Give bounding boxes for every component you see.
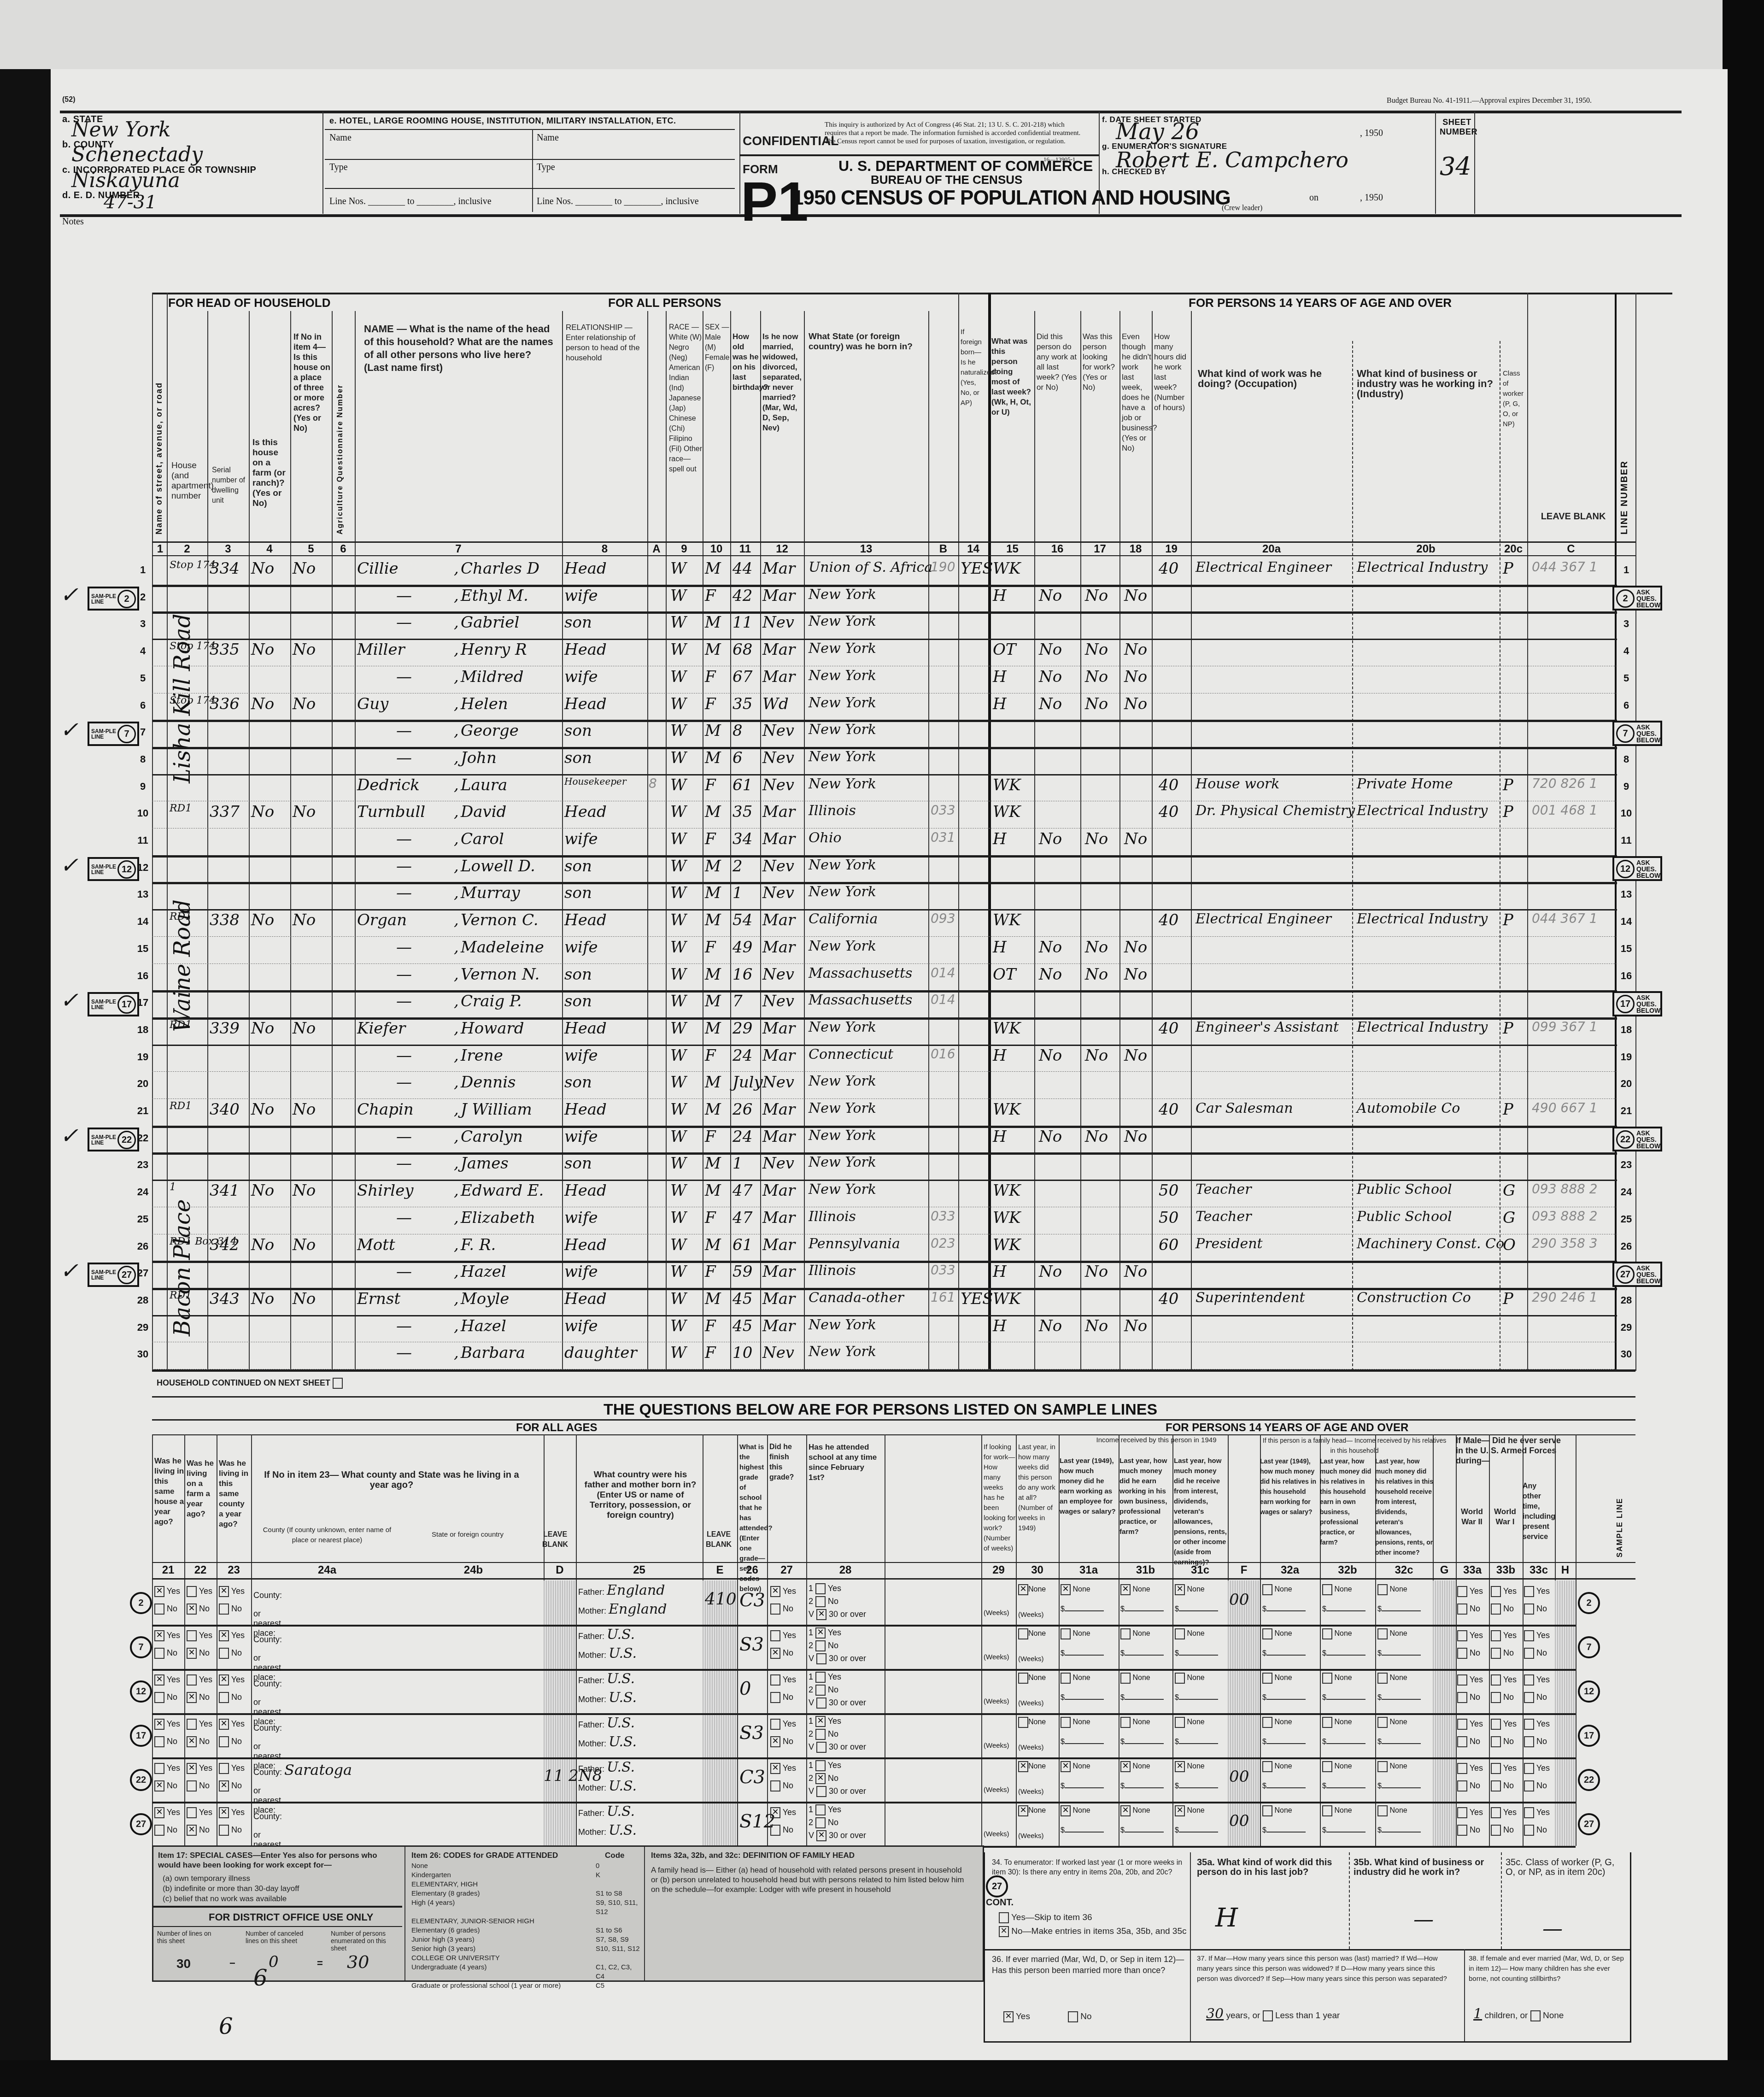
q33a-ww2[interactable]: Yes No: [1457, 1763, 1483, 1792]
cell-birth: Ohio: [809, 830, 842, 851]
q28-school-attendance[interactable]: 1 ✕ Yes2 NoV 30 or over: [809, 1627, 866, 1664]
sample-colnum-27: 27: [767, 1564, 806, 1577]
cell-c15: WK: [993, 1209, 1020, 1230]
no-checkbox[interactable]: [770, 1692, 780, 1703]
cell-rel: son: [564, 613, 592, 634]
yes-checkbox[interactable]: [187, 1674, 197, 1686]
cell-acres: No: [293, 1100, 316, 1122]
sample-line-number-left: 12: [130, 1680, 152, 1703]
q36-text: 36. If ever married (Mar, Wd, D, or Sep …: [992, 1954, 1185, 1976]
q29-weeks[interactable]: (Weeks): [984, 1653, 1009, 1661]
line-number-left: 20: [134, 1078, 152, 1090]
yes-checkbox[interactable]: [187, 1586, 197, 1597]
q31c-income[interactable]: ✕ None$: [1175, 1584, 1218, 1614]
yes-checkbox[interactable]: [1524, 1586, 1534, 1597]
q32a-income[interactable]: None$: [1262, 1584, 1306, 1614]
sample-colnum-33c: 33c: [1523, 1564, 1555, 1577]
cell-c15: WK: [993, 559, 1020, 581]
no-checkbox[interactable]: [1457, 1736, 1467, 1747]
q32a-income[interactable]: None$: [1262, 1717, 1306, 1746]
q27-finished[interactable]: ✕ Yes No: [770, 1763, 796, 1792]
cell-c16: No: [1039, 1263, 1062, 1284]
q31c-income[interactable]: None$: [1175, 1628, 1218, 1658]
cell-race: W: [670, 1263, 686, 1284]
line-number-left: 6: [134, 699, 152, 711]
cell-birth: New York: [809, 1181, 876, 1203]
no-checkbox[interactable]: [1524, 1736, 1534, 1747]
sample-line-tag: SAM-PLELINE17: [88, 992, 139, 1016]
no-checkbox[interactable]: [1491, 1604, 1501, 1615]
sample-colnum-24b: 24b: [403, 1564, 544, 1577]
colnum-11: 11: [730, 543, 760, 556]
q36-yes-option[interactable]: ✕ Yes: [1003, 2011, 1030, 2022]
cell-code: 720 826 1: [1532, 776, 1598, 797]
q33b-ww1[interactable]: Yes No: [1491, 1763, 1517, 1792]
sample-colnum-25: 25: [576, 1564, 703, 1577]
cell-first: Charles D: [461, 559, 539, 581]
cell-last: —: [396, 1344, 412, 1365]
cell-race: W: [670, 857, 686, 878]
q22-answer[interactable]: Yes✕ No: [187, 1630, 212, 1659]
yes-checkbox[interactable]: [1457, 1674, 1467, 1686]
cell-mar: Nev: [762, 613, 794, 634]
q37-answer: 30: [1206, 2006, 1224, 2022]
no-checkbox[interactable]: [219, 1736, 229, 1747]
q27-finished[interactable]: Yes✕ No: [770, 1630, 796, 1659]
q31b-income[interactable]: ✕ None$: [1120, 1584, 1164, 1614]
sample-colnum-32c: 32c: [1375, 1564, 1433, 1577]
yes-checkbox[interactable]: ✕: [770, 1586, 780, 1597]
no-checkbox[interactable]: ✕: [187, 1604, 197, 1615]
line-number-left: 23: [134, 1159, 152, 1171]
yes-checkbox[interactable]: ✕: [770, 1807, 780, 1818]
no-checkbox[interactable]: [219, 1648, 229, 1659]
cell-last: Shirley: [357, 1181, 414, 1203]
inst-line-nos-1: Line Nos. ________ to ________, inclusiv…: [329, 196, 492, 207]
q31a-income[interactable]: None$: [1061, 1628, 1104, 1658]
q33c-other[interactable]: Yes No: [1524, 1586, 1550, 1615]
cell-serial: 343: [210, 1290, 240, 1311]
colnum-7: 7: [355, 543, 562, 556]
cell-rel: son: [564, 749, 592, 770]
q25-parents-birthplace[interactable]: Father: U.S.Mother: U.S.: [578, 1671, 700, 1706]
yes-checkbox[interactable]: [1491, 1586, 1501, 1597]
yes-checkbox[interactable]: ✕: [219, 1719, 229, 1730]
no-checkbox[interactable]: ✕: [770, 1736, 780, 1747]
cell-cls: P: [1503, 803, 1513, 824]
q32b-income[interactable]: None$: [1322, 1628, 1365, 1658]
yes-checkbox[interactable]: ✕: [154, 1586, 164, 1597]
q33a-ww2[interactable]: Yes No: [1457, 1630, 1483, 1659]
q32c-income[interactable]: None$: [1377, 1761, 1421, 1791]
table-row: 1313—MurraysonWM1NevNew York,: [0, 882, 1764, 906]
q31b-income[interactable]: None$: [1120, 1717, 1164, 1746]
no-checkbox[interactable]: [1524, 1692, 1534, 1703]
q32b-income[interactable]: None$: [1322, 1584, 1365, 1614]
q34-no-option[interactable]: ✕ No—Make entries in items 35a, 35b, and…: [999, 1926, 1187, 1937]
q31c-income[interactable]: ✕ None$: [1175, 1805, 1218, 1835]
yes-checkbox[interactable]: [154, 1763, 164, 1774]
q30-weeks-worked[interactable]: ✕None(Weeks): [1018, 1584, 1046, 1619]
q28-school-attendance[interactable]: 1 Yes2 NoV 30 or over: [809, 1672, 866, 1709]
no-checkbox[interactable]: [1457, 1825, 1467, 1836]
q33b-ww1[interactable]: Yes No: [1491, 1674, 1517, 1703]
q31a-income[interactable]: None$: [1061, 1673, 1104, 1702]
household-continued-checkbox[interactable]: [333, 1378, 343, 1389]
yes-checkbox[interactable]: ✕: [770, 1763, 780, 1774]
yes-checkbox[interactable]: ✕: [187, 1763, 197, 1774]
no-checkbox[interactable]: ✕: [219, 1780, 229, 1792]
head-of-household-header: FOR HEAD OF HOUSEHOLD: [168, 296, 330, 310]
cell-serial: 334: [210, 559, 240, 581]
cell-rel: son: [564, 1073, 592, 1094]
yes-checkbox[interactable]: [1457, 1807, 1467, 1818]
q28-school-attendance[interactable]: 1 Yes2 ✕ NoV 30 or over: [809, 1760, 866, 1797]
q29-weeks[interactable]: (Weeks): [984, 1698, 1009, 1705]
grade-code-value: S9, S10, S11, S12: [596, 1898, 642, 1917]
grade-code-row: Elementary (6 grades)S1 to S6: [411, 1926, 642, 1935]
q37-less-than-1-checkbox[interactable]: [1263, 2010, 1273, 2021]
cell-first: Howard: [461, 1019, 524, 1040]
sample-line-number: 12: [117, 860, 136, 879]
no-checkbox[interactable]: [1524, 1648, 1534, 1659]
cell-mar: Mar: [762, 803, 795, 824]
sample-colnum-23: 23: [217, 1564, 251, 1577]
q31a-income[interactable]: ✕ None$: [1061, 1805, 1104, 1835]
line-number-header-right: LINE NUMBER: [1619, 460, 1630, 535]
yes-checkbox[interactable]: [770, 1674, 780, 1686]
no-checkbox[interactable]: [1524, 1604, 1534, 1615]
no-checkbox[interactable]: ✕: [770, 1648, 780, 1659]
q31c-income[interactable]: None$: [1175, 1673, 1218, 1702]
no-checkbox[interactable]: [1491, 1648, 1501, 1659]
no-checkbox[interactable]: ✕: [187, 1692, 197, 1703]
col-f-code: 00: [1229, 1768, 1249, 1786]
cell-c17: No: [1085, 965, 1108, 987]
institution-block: e. HOTEL, LARGE ROOMING HOUSE, INSTITUTI…: [325, 115, 739, 212]
no-checkbox[interactable]: [770, 1825, 780, 1836]
ask-questions-below-tag: 22ASKQUES.BELOW: [1612, 1127, 1662, 1152]
q22-answer[interactable]: Yes✕ No: [187, 1807, 212, 1836]
cell-birth: New York: [809, 1154, 876, 1175]
line-number-left: 30: [134, 1348, 152, 1360]
q30-weeks-worked[interactable]: ✕None(Weeks): [1018, 1805, 1046, 1840]
table-row: 2525—ElizabethwifeWF47MarIllinois033WK50…: [0, 1207, 1764, 1231]
q33b-ww1[interactable]: Yes No: [1491, 1807, 1517, 1836]
q33c-other[interactable]: Yes No: [1524, 1763, 1550, 1792]
no-checkbox[interactable]: [219, 1604, 229, 1615]
q32a-income[interactable]: None$: [1262, 1628, 1306, 1658]
yes-checkbox[interactable]: ✕: [154, 1630, 164, 1641]
q31b-income[interactable]: ✕ None$: [1120, 1805, 1164, 1835]
checkmark-icon: ✓: [60, 1123, 78, 1149]
line-number-left: 5: [134, 672, 152, 684]
no-checkbox[interactable]: [1457, 1692, 1467, 1703]
q32a-income[interactable]: None$: [1262, 1761, 1306, 1791]
q32b-income[interactable]: None$: [1322, 1761, 1365, 1791]
state-value: New York: [71, 118, 171, 141]
cell-last: —: [396, 749, 412, 770]
yes-checkbox[interactable]: [187, 1807, 197, 1818]
q21-answer[interactable]: Yes✕ No: [154, 1763, 180, 1792]
q21-answer[interactable]: ✕ Yes No: [154, 1719, 180, 1747]
name-separator: ,: [454, 938, 459, 959]
q32a-income[interactable]: None$: [1262, 1805, 1306, 1835]
cell-rel: son: [564, 857, 592, 878]
yes-checkbox[interactable]: [1524, 1630, 1534, 1641]
q25-parents-birthplace[interactable]: Father: U.S.Mother: U.S.: [578, 1803, 700, 1839]
no-checkbox[interactable]: [1524, 1780, 1534, 1792]
yes-checkbox[interactable]: [1524, 1674, 1534, 1686]
yes-checkbox[interactable]: [1491, 1674, 1501, 1686]
no-checkbox[interactable]: [154, 1736, 164, 1747]
no-checkbox[interactable]: [1524, 1825, 1534, 1836]
q28-school-attendance[interactable]: 1 Yes2 NoV ✕ 30 or over: [809, 1804, 866, 1841]
q28-school-attendance[interactable]: 1 ✕ Yes2 NoV 30 or over: [809, 1716, 866, 1753]
yes-checkbox[interactable]: [1524, 1763, 1534, 1774]
no-checkbox[interactable]: ✕: [187, 1736, 197, 1747]
no-checkbox[interactable]: [187, 1780, 197, 1792]
persons-14-header: FOR PERSONS 14 YEARS OF AGE AND OVER: [1189, 296, 1452, 310]
cell-c15: WK: [993, 803, 1020, 824]
q30-weeks-worked[interactable]: None(Weeks): [1018, 1628, 1046, 1663]
no-checkbox[interactable]: [154, 1692, 164, 1703]
q33b-ww1[interactable]: Yes No: [1491, 1719, 1517, 1747]
q32b-income[interactable]: None$: [1322, 1717, 1365, 1746]
yes-checkbox[interactable]: [1491, 1630, 1501, 1641]
q21-answer[interactable]: ✕ Yes No: [154, 1586, 180, 1615]
q31c-income[interactable]: ✕ None$: [1175, 1761, 1218, 1791]
yes-checkbox[interactable]: [1457, 1586, 1467, 1597]
yes-checkbox[interactable]: ✕: [219, 1630, 229, 1641]
q22-answer[interactable]: ✕ Yes No: [187, 1763, 212, 1792]
yes-checkbox[interactable]: [1524, 1807, 1534, 1818]
q31b-income[interactable]: None$: [1120, 1673, 1164, 1702]
yes-checkbox[interactable]: [770, 1719, 780, 1730]
cell-race: W: [670, 1344, 686, 1365]
table-row: 22—Ethyl M.wifeWF42MarNew YorkHNoNoNo,: [0, 585, 1764, 609]
grade-codes-list: None0KindergartenKELEMENTARY, HIGHElemen…: [411, 1862, 642, 1991]
cell-mar: Nev: [762, 722, 794, 743]
no-checkbox[interactable]: [154, 1825, 164, 1836]
no-checkbox[interactable]: ✕: [187, 1648, 197, 1659]
q36-no-option[interactable]: No: [1068, 2011, 1092, 2022]
name-separator: ,: [454, 1046, 459, 1068]
cell-sex: F: [705, 1263, 716, 1284]
q21-answer[interactable]: ✕ Yes No: [154, 1630, 180, 1659]
q21-answer[interactable]: ✕ Yes No: [154, 1807, 180, 1836]
cell-last: Chapin: [357, 1100, 414, 1122]
q33a-ww2[interactable]: Yes No: [1457, 1719, 1483, 1747]
q32c-income[interactable]: None$: [1377, 1805, 1421, 1835]
q25-parents-birthplace[interactable]: Father: EnglandMother: England: [578, 1582, 700, 1617]
cell-first: Carolyn: [461, 1128, 523, 1149]
col11-header: How old was he on his last birthday?: [733, 332, 759, 393]
q33c-other[interactable]: Yes No: [1524, 1807, 1550, 1836]
line-number-right: 20: [1617, 1078, 1635, 1090]
cell-serial: 341: [210, 1181, 240, 1203]
yes-checkbox[interactable]: [1491, 1719, 1501, 1730]
yes-checkbox[interactable]: [1457, 1630, 1467, 1641]
cell-last: Miller: [357, 640, 405, 662]
cell-addr: Stop 174: [170, 640, 206, 662]
ask-questions-below-tag: 17ASKQUES.BELOW: [1612, 991, 1662, 1016]
no-checkbox[interactable]: [770, 1780, 780, 1792]
q25-parents-birthplace[interactable]: Father: U.S.Mother: U.S.: [578, 1715, 700, 1750]
q27-finished[interactable]: ✕ Yes No: [770, 1586, 796, 1615]
table-row: 2828RD1343NoNoErnstMoyleHeadWM45MarCanad…: [0, 1288, 1764, 1312]
no-checkbox[interactable]: [1491, 1692, 1501, 1703]
yes-checkbox[interactable]: [187, 1630, 197, 1641]
colnum-17: 17: [1080, 543, 1119, 556]
q22-answer[interactable]: Yes✕ No: [187, 1674, 212, 1703]
q32b-income[interactable]: None$: [1322, 1673, 1365, 1702]
q29-weeks[interactable]: (Weeks): [984, 1609, 1009, 1617]
yes-checkbox[interactable]: ✕: [219, 1674, 229, 1686]
q25-parents-birthplace[interactable]: Father: U.S.Mother: U.S.: [578, 1759, 700, 1794]
line-number-left: 1: [134, 564, 152, 576]
q23-answer[interactable]: ✕ Yes No: [219, 1586, 245, 1615]
grade-code-value: C1, C2, C3, C4: [596, 1963, 642, 1981]
cell-acres: No: [293, 640, 316, 662]
no-checkbox[interactable]: [154, 1604, 164, 1615]
sample-line-tag: SAM-PLELINE2: [88, 587, 139, 611]
q23-answer[interactable]: ✕ Yes No: [219, 1807, 245, 1836]
q31b-income[interactable]: ✕ None$: [1120, 1761, 1164, 1791]
col13-header: What State (or foreign country) was he b…: [809, 332, 926, 352]
q30-weeks-worked[interactable]: None(Weeks): [1018, 1717, 1046, 1751]
q31b-income[interactable]: None$: [1120, 1628, 1164, 1658]
yes-checkbox[interactable]: [770, 1630, 780, 1641]
q23-answer[interactable]: ✕ Yes No: [219, 1630, 245, 1659]
no-checkbox[interactable]: ✕: [154, 1780, 164, 1792]
q30-weeks-worked[interactable]: None(Weeks): [1018, 1673, 1046, 1707]
q32c-income[interactable]: None$: [1377, 1673, 1421, 1702]
q29-weeks[interactable]: (Weeks): [984, 1742, 1009, 1750]
yes-checkbox[interactable]: [1457, 1763, 1467, 1774]
q22-answer[interactable]: Yes✕ No: [187, 1719, 212, 1747]
cell-c16: No: [1039, 830, 1062, 851]
no-checkbox[interactable]: [219, 1692, 229, 1703]
yes-checkbox[interactable]: [1491, 1807, 1501, 1818]
line-number-right: 4: [1617, 645, 1635, 657]
cell-c16: No: [1039, 695, 1062, 716]
cell-first: Hazel: [461, 1263, 506, 1284]
q33a-ww2[interactable]: Yes No: [1457, 1807, 1483, 1836]
q29-weeks[interactable]: (Weeks): [984, 1830, 1009, 1838]
q33c-other[interactable]: Yes No: [1524, 1674, 1550, 1703]
yes-checkbox[interactable]: ✕: [154, 1807, 164, 1818]
q29-weeks[interactable]: (Weeks): [984, 1786, 1009, 1794]
yes-checkbox[interactable]: ✕: [219, 1807, 229, 1818]
q32c-income[interactable]: None$: [1377, 1717, 1421, 1746]
line-number-left: 10: [134, 807, 152, 819]
q31a-income[interactable]: ✕ None$: [1061, 1761, 1104, 1791]
cell-c16: No: [1039, 1128, 1062, 1149]
q22-answer[interactable]: Yes✕ No: [187, 1586, 212, 1615]
q28-school-attendance[interactable]: 1 Yes2 NoV ✕ 30 or over: [809, 1583, 866, 1620]
no-checkbox[interactable]: [1491, 1780, 1501, 1792]
q32c-income[interactable]: None$: [1377, 1584, 1421, 1614]
sample-line-label: SAM-PLELINE: [89, 864, 116, 875]
family-head-definition: A family head is— Either (a) head of hou…: [651, 1865, 964, 1894]
checked-on-label: on: [1309, 193, 1319, 203]
q33c-other[interactable]: Yes No: [1524, 1719, 1550, 1747]
cell-first: Lowell D.: [461, 857, 535, 878]
ask-line-number: 12: [1616, 860, 1635, 878]
cell-c16: No: [1039, 668, 1062, 689]
q32a-income[interactable]: None$: [1262, 1673, 1306, 1702]
yes-checkbox[interactable]: [1491, 1763, 1501, 1774]
cell-last: —: [396, 668, 412, 689]
q33b-ww1[interactable]: Yes No: [1491, 1630, 1517, 1659]
q31a-income[interactable]: ✕ None$: [1061, 1584, 1104, 1614]
q30-weeks-worked[interactable]: ✕None(Weeks): [1018, 1761, 1046, 1796]
name-separator: ,: [454, 911, 459, 932]
yes-checkbox[interactable]: ✕: [219, 1586, 229, 1597]
sample-line-tag: SAM-PLELINE7: [88, 722, 139, 746]
cell-c17: No: [1085, 1046, 1108, 1068]
cell-last: Kiefer: [357, 1019, 405, 1040]
yes-checkbox[interactable]: [219, 1763, 229, 1774]
no-checkbox[interactable]: [1457, 1780, 1467, 1792]
q23-answer[interactable]: ✕ Yes No: [219, 1674, 245, 1703]
q38-none-checkbox[interactable]: [1530, 2010, 1541, 2021]
q33b-ww1[interactable]: Yes No: [1491, 1586, 1517, 1615]
table-row: 3030—BarbaradaughterWF10NevNew York,: [0, 1342, 1764, 1366]
no-checkbox[interactable]: [219, 1825, 229, 1836]
q32c-income[interactable]: None$: [1377, 1628, 1421, 1658]
cell-first: James: [461, 1154, 509, 1175]
inst-type-label-2: Type: [537, 162, 555, 173]
q33a-ww2[interactable]: Yes No: [1457, 1674, 1483, 1703]
q25-parents-birthplace[interactable]: Father: U.S.Mother: U.S.: [578, 1627, 700, 1662]
q33c-other[interactable]: Yes No: [1524, 1630, 1550, 1659]
cell-farm: No: [251, 695, 274, 716]
yes-checkbox[interactable]: ✕: [154, 1674, 164, 1686]
no-checkbox[interactable]: ✕: [187, 1825, 197, 1836]
q31a-income[interactable]: None$: [1061, 1717, 1104, 1746]
name-separator: ,: [454, 1317, 459, 1338]
yes-checkbox[interactable]: [1457, 1719, 1467, 1730]
q23-answer[interactable]: Yes✕ No: [219, 1763, 245, 1792]
q33a-ww2[interactable]: Yes No: [1457, 1586, 1483, 1615]
yes-checkbox[interactable]: [187, 1719, 197, 1730]
q32b-income[interactable]: None$: [1322, 1805, 1365, 1835]
q27-finished[interactable]: ✕ Yes No: [770, 1807, 796, 1836]
name-separator: ,: [454, 803, 459, 824]
cell-c16: No: [1039, 587, 1062, 608]
no-checkbox[interactable]: [1491, 1736, 1501, 1747]
yes-checkbox[interactable]: ✕: [154, 1719, 164, 1730]
cell-first: Elizabeth: [461, 1209, 535, 1230]
q27-finished[interactable]: Yes No: [770, 1674, 796, 1703]
no-checkbox[interactable]: [770, 1604, 780, 1615]
no-checkbox[interactable]: [1457, 1648, 1467, 1659]
cell-mar: Nev: [762, 884, 794, 905]
q23-answer[interactable]: ✕ Yes No: [219, 1719, 245, 1747]
colnum-14: 14: [958, 543, 988, 556]
no-checkbox[interactable]: [1457, 1604, 1467, 1615]
q34-yes-option[interactable]: Yes—Skip to item 36: [999, 1912, 1092, 1923]
yes-checkbox[interactable]: [1524, 1719, 1534, 1730]
q21-answer[interactable]: ✕ Yes No: [154, 1674, 180, 1703]
no-checkbox[interactable]: [1491, 1825, 1501, 1836]
line-number-left: 11: [134, 834, 152, 846]
no-checkbox[interactable]: [154, 1648, 164, 1659]
q27-finished[interactable]: Yes✕ No: [770, 1719, 796, 1747]
q31c-income[interactable]: None$: [1175, 1717, 1218, 1746]
